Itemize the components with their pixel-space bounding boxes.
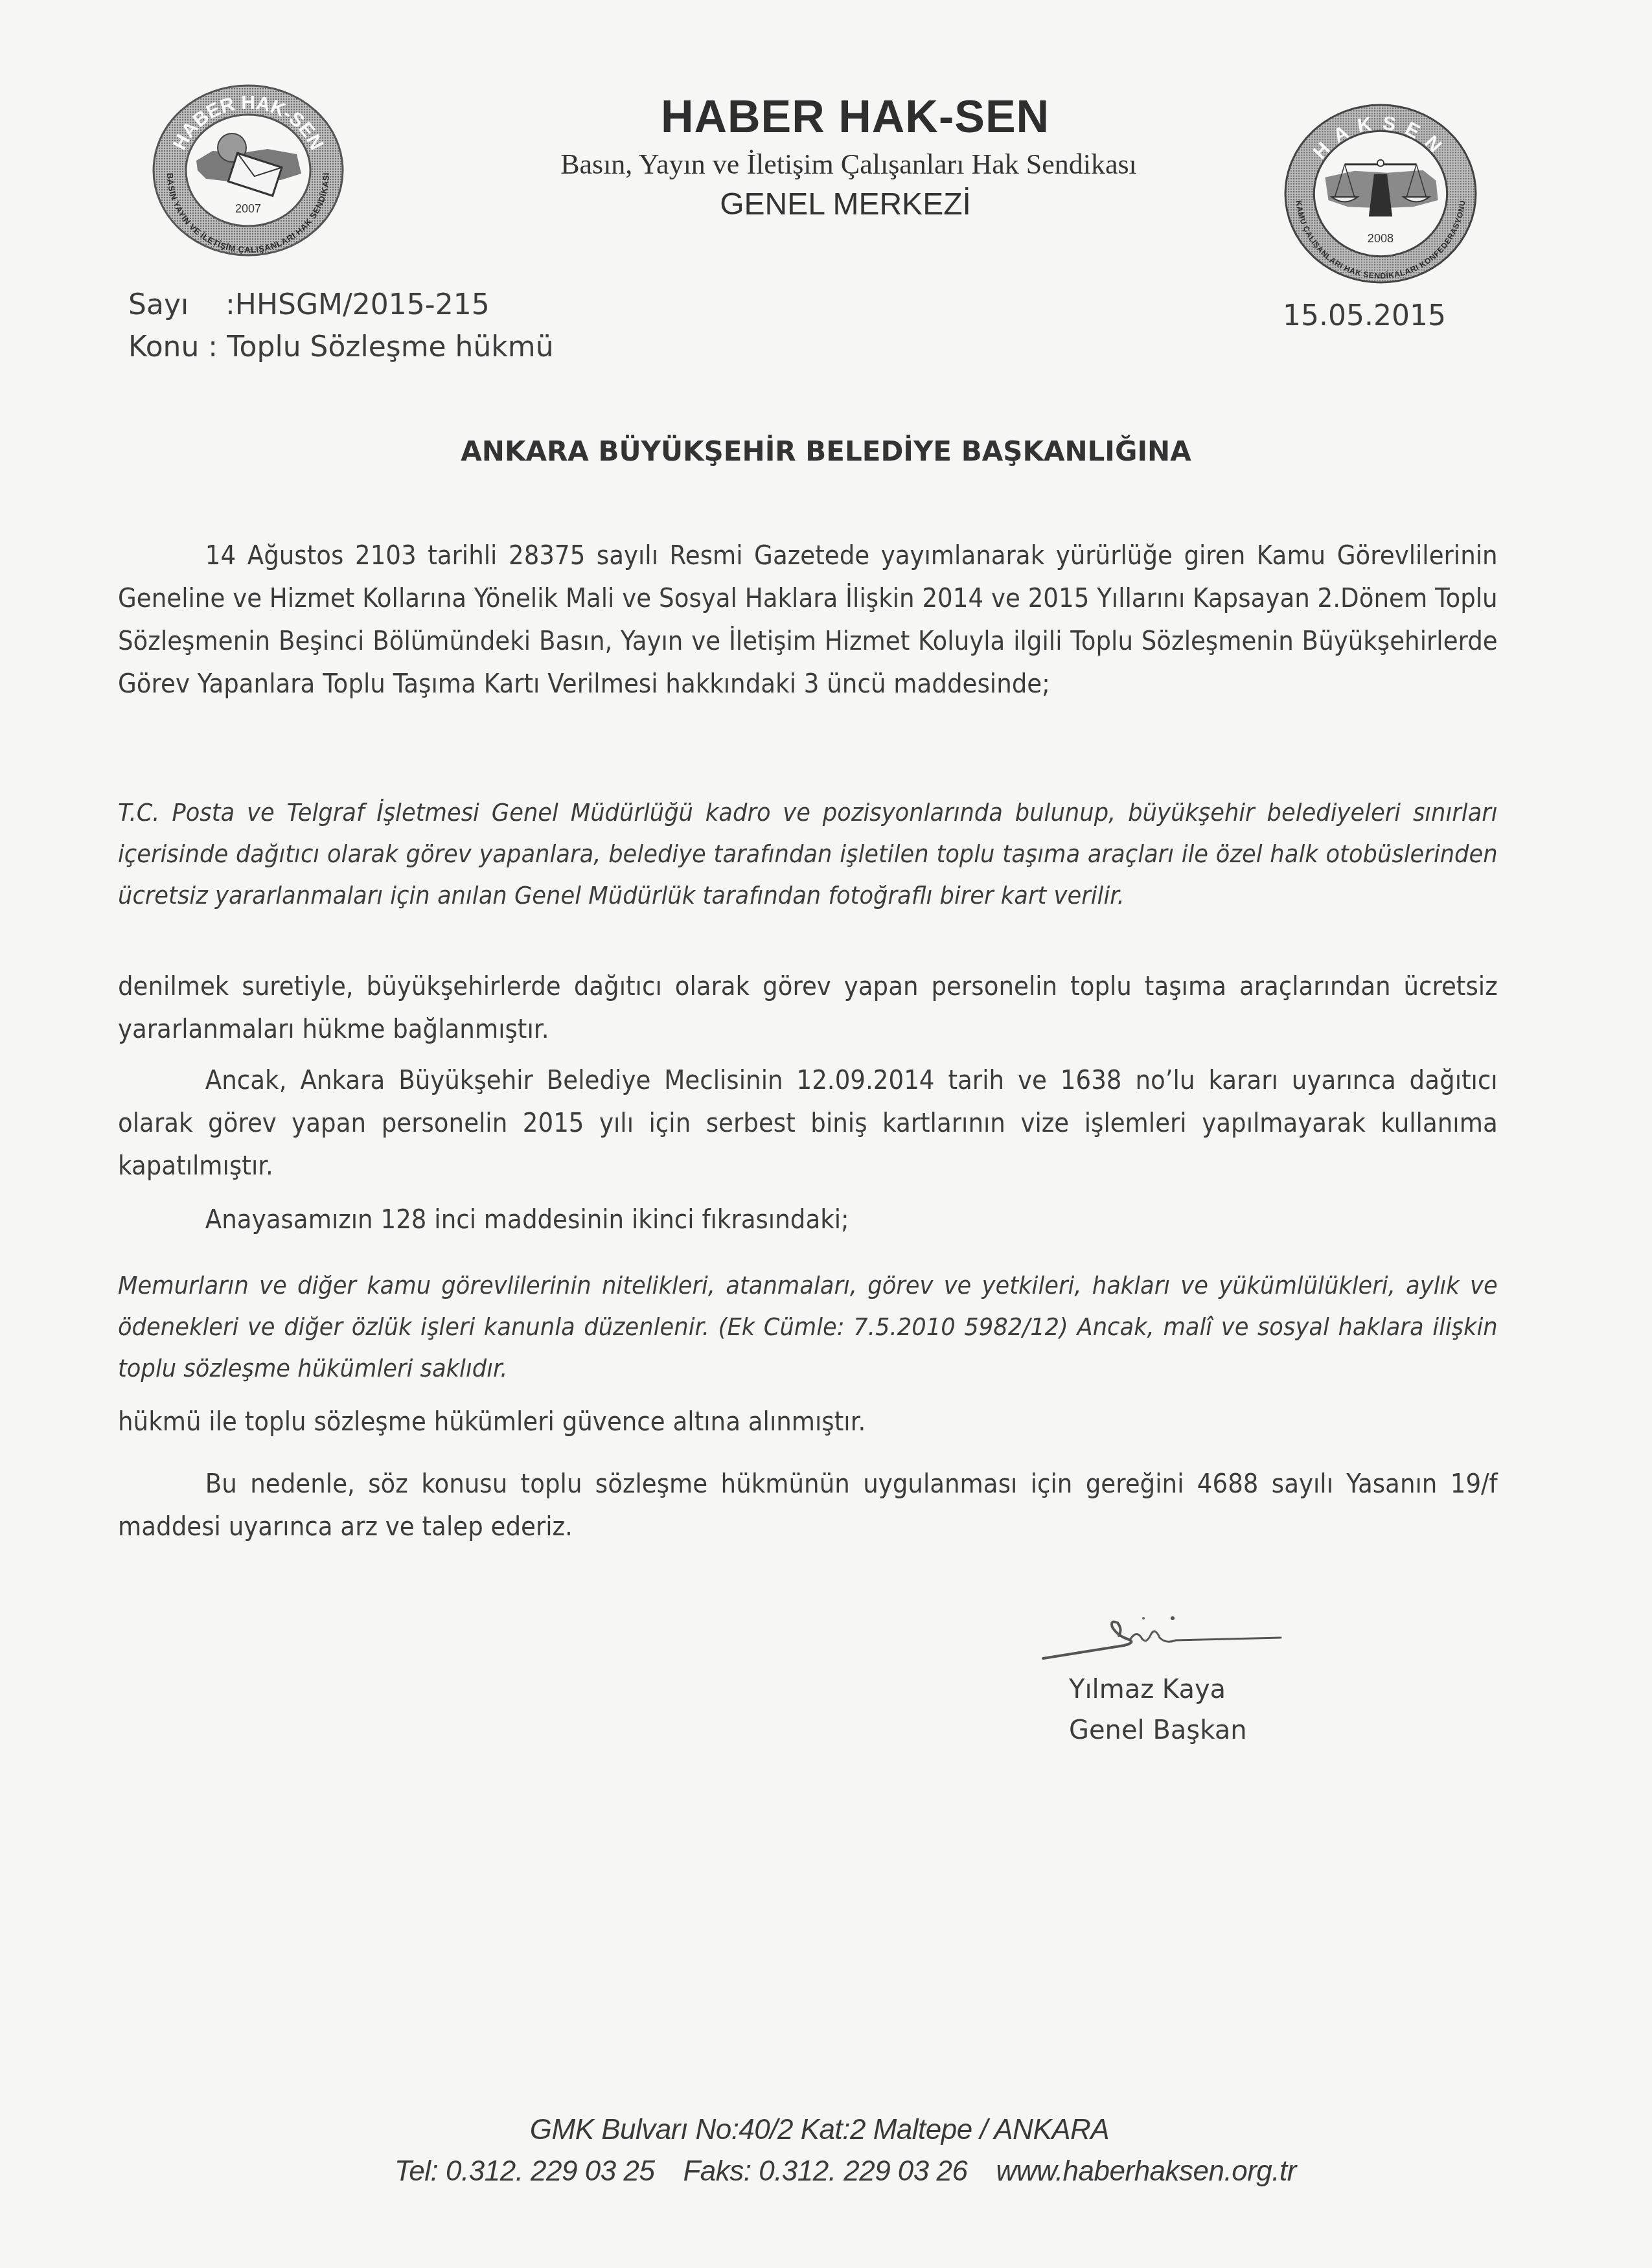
reference-number-label: Sayı [128,288,225,321]
body-paragraph-6: Bu nedenle, söz konusu toplu sözleşme hü… [118,1463,1498,1548]
quoted-article-text: T.C. Posta ve Telgraf İşletmesi Genel Mü… [118,792,1498,916]
reference-subject-value: : Toplu Sözleşme hükmü [208,330,553,363]
handwritten-signature-icon [1040,1613,1286,1665]
svg-text:2008: 2008 [1368,233,1394,246]
quoted-constitution-text: Memurların ve diğer kamu görevlilerinin … [118,1265,1498,1389]
reference-subject-label: Konu [128,330,199,363]
reference-number: Sayı:HHSGM/2015-215 [128,288,490,321]
body-paragraph-1: 14 Ağustos 2103 tarihli 28375 sayılı Res… [118,534,1498,705]
body-paragraph-4: Anayasamızın 128 inci maddesinin ikinci … [118,1198,1498,1241]
signatory-title: Genel Başkan [1069,1715,1247,1745]
footer-phone: Tel: 0.312. 229 03 25 [395,2155,654,2187]
footer-address: GMK Bulvarı No:40/2 Kat:2 Maltepe / ANKA… [0,2114,1652,2146]
scales-of-justice-emblem-icon: HAKSEN KAMU ÇALIŞANLARI HAK SENDİKALARI … [1283,102,1478,285]
body-paragraph-3: Ancak, Ankara Büyükşehir Belediye Meclis… [118,1059,1498,1187]
hak-sen-confederation-logo: HAKSEN KAMU ÇALIŞANLARI HAK SENDİKALARI … [1283,102,1478,285]
body-paragraph-2: denilmek suretiyle, büyükşehirlerde dağı… [118,965,1498,1051]
reference-subject: Konu : Toplu Sözleşme hükmü [128,330,554,363]
footer-contact: Tel: 0.312. 229 03 25Faks: 0.312. 229 03… [0,2155,1652,2188]
reference-number-value: :HHSGM/2015-215 [225,288,490,321]
recipient-heading: ANKARA BÜYÜKŞEHİR BELEDİYE BAŞKANLIĞINA [0,435,1652,467]
footer-fax: Faks: 0.312. 229 03 26 [683,2155,967,2187]
body-paragraph-5: hükmü ile toplu sözleşme hükümleri güven… [118,1401,1498,1443]
signatory-name: Yılmaz Kaya [1069,1675,1226,1704]
letter-date: 15.05.2015 [1283,299,1446,332]
footer-website-link[interactable]: www.haberhaksen.org.tr [996,2155,1296,2187]
